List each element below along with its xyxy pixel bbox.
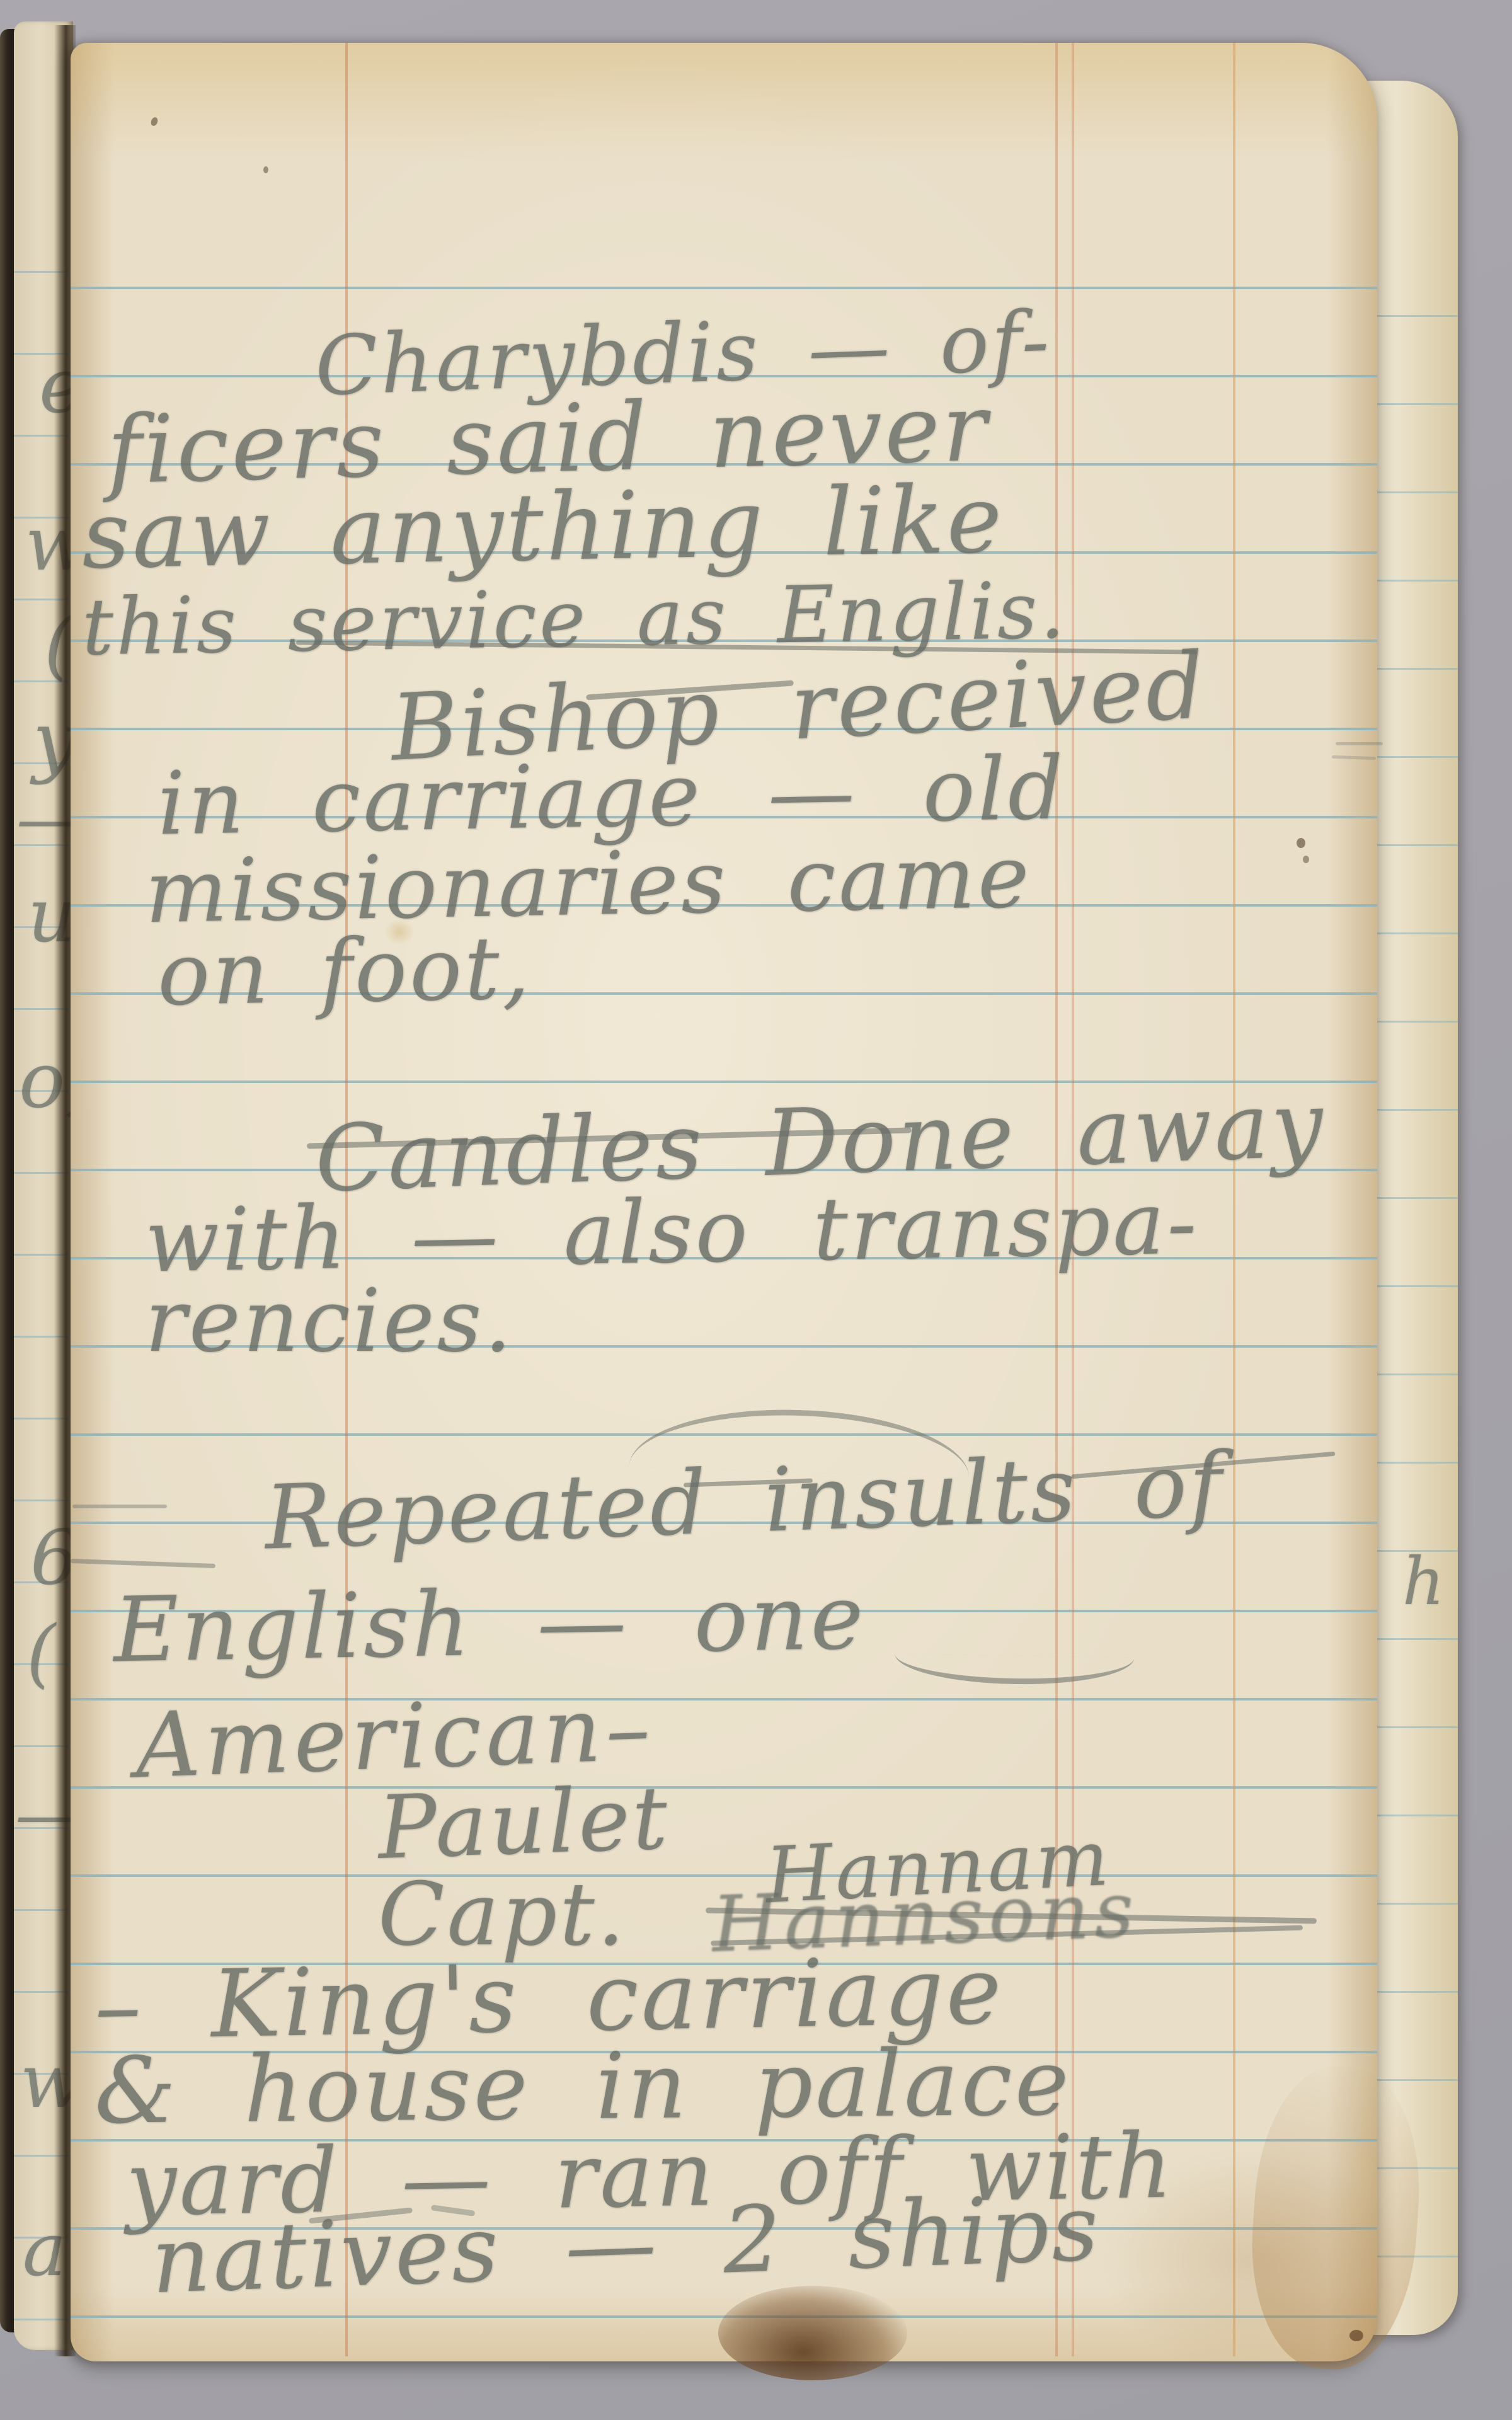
handwritten-line: Paulet: [377, 1775, 672, 1872]
ink-speck: [263, 166, 268, 173]
handwritten-line: on foot,: [157, 925, 533, 1018]
right-margin-line: [1233, 43, 1235, 2356]
scanned-notebook-photo: e w ( y — u o, 6 ( — w a h Charybdis — o…: [0, 0, 1512, 2420]
ink-speck: [150, 117, 159, 127]
handwritten-line: English — one: [113, 1573, 867, 1676]
notebook-page: Charybdis — of- ficers said never saw an…: [71, 43, 1377, 2361]
handwritten-line: with — also transpa-: [144, 1179, 1200, 1285]
handwritten-line: rencies.: [145, 1278, 514, 1365]
stray-pencil-stroke: [72, 1505, 167, 1508]
right-edge-writing-fragment: h: [1402, 1549, 1445, 1614]
handwritten-line: saw anything like: [81, 473, 1005, 582]
left-edge-writing-fragment: (: [26, 1615, 55, 1690]
handwritten-line: missionaries came: [144, 834, 1033, 936]
stray-pencil-tick: [1336, 742, 1383, 745]
